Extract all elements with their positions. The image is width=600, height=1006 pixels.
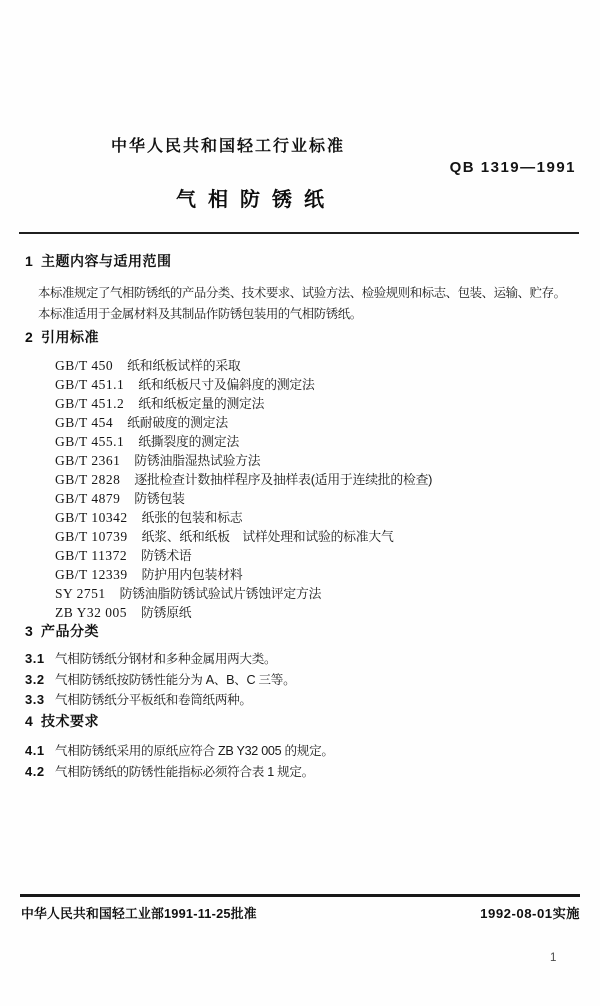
reference-title: 防锈油脂防锈试验试片锈蚀评定方法 [120, 586, 322, 601]
section-1-heading: 1主题内容与适用范围 [25, 254, 172, 269]
clause-text: 气相防锈纸的防锈性能指标必须符合表 1 规定。 [55, 765, 314, 779]
reference-code: GB/T 11372 [55, 548, 127, 563]
section-1-heading-text: 主题内容与适用范围 [41, 253, 172, 269]
standard-category-label: 中华人民共和国轻工行业标准 [111, 133, 345, 156]
reference-item: GB/T 454纸耐破度的测定法 [55, 413, 432, 432]
reference-title: 防锈原纸 [141, 605, 191, 620]
footer-implementation: 1992-08-01实施 [480, 903, 580, 922]
reference-item: GB/T 2361防锈油脂湿热试验方法 [55, 451, 432, 470]
reference-item: GB/T 451.2纸和纸板定量的测定法 [55, 394, 432, 413]
reference-code: GB/T 454 [55, 415, 113, 430]
reference-list: GB/T 450纸和纸板试样的采取 GB/T 451.1纸和纸板尺寸及偏斜度的测… [55, 356, 432, 622]
section-3-heading-text: 产品分类 [41, 623, 99, 639]
reference-item: GB/T 2828逐批检查计数抽样程序及抽样表(适用于连续批的检查) [55, 470, 432, 489]
reference-title: 防锈油脂湿热试验方法 [134, 453, 260, 468]
clause-row: 3.2气相防锈纸按防锈性能分为 A、B、C 三等。 [25, 670, 295, 691]
reference-code: GB/T 10739 [55, 529, 128, 544]
clause-number: 3.3 [25, 690, 55, 711]
paragraph: 本标准规定了气相防锈纸的产品分类、技术要求、试验方法、检验规则和标志、包装、运输… [38, 283, 566, 304]
section-1-number: 1 [25, 254, 41, 269]
reference-title: 逐批检查计数抽样程序及抽样表(适用于连续批的检查) [134, 472, 432, 487]
reference-code: SY 2751 [55, 586, 106, 601]
reference-item: GB/T 455.1纸撕裂度的测定法 [55, 432, 432, 451]
reference-title: 防锈包装 [134, 491, 184, 506]
clause-row: 3.3气相防锈纸分平板纸和卷筒纸两种。 [25, 690, 295, 711]
reference-item: GB/T 12339防护用内包装材料 [55, 565, 432, 584]
reference-code: GB/T 455.1 [55, 434, 124, 449]
reference-code: GB/T 451.1 [55, 377, 124, 392]
reference-title: 纸和纸板尺寸及偏斜度的测定法 [138, 377, 314, 392]
section-2-number: 2 [25, 330, 41, 345]
section-4-number: 4 [25, 714, 41, 729]
reference-title: 纸浆、纸和纸板 试样处理和试验的标准大气 [142, 529, 394, 544]
standard-number: QB 1319—1991 [450, 159, 576, 176]
document-page: 中华人民共和国轻工行业标准 QB 1319—1991 气相防锈纸 1主题内容与适… [0, 0, 600, 1006]
clause-text: 气相防锈纸采用的原纸应符合 ZB Y32 005 的规定。 [55, 744, 334, 758]
clause-number: 4.2 [25, 762, 55, 783]
section-2-heading: 2引用标准 [25, 330, 99, 345]
clause-text: 气相防锈纸分钢材和多种金属用两大类。 [55, 652, 276, 666]
section-4-heading-text: 技术要求 [41, 713, 99, 729]
clause-text: 气相防锈纸按防锈性能分为 A、B、C 三等。 [55, 673, 295, 687]
document-title: 气相防锈纸 [176, 183, 336, 212]
reference-item: GB/T 10739纸浆、纸和纸板 试样处理和试验的标准大气 [55, 527, 432, 546]
reference-item: ZB Y32 005防锈原纸 [55, 603, 432, 622]
reference-title: 纸撕裂度的测定法 [138, 434, 239, 449]
clause-row: 4.1气相防锈纸采用的原纸应符合 ZB Y32 005 的规定。 [25, 741, 334, 762]
paragraph: 本标准适用于金属材料及其制品作防锈包装用的气相防锈纸。 [38, 304, 566, 325]
reference-title: 防护用内包装材料 [142, 567, 243, 582]
section-4-clauses: 4.1气相防锈纸采用的原纸应符合 ZB Y32 005 的规定。 4.2气相防锈… [25, 741, 334, 782]
reference-code: ZB Y32 005 [55, 605, 127, 620]
reference-title: 纸和纸板定量的测定法 [138, 396, 264, 411]
reference-title: 防锈术语 [141, 548, 191, 563]
section-2-heading-text: 引用标准 [41, 329, 99, 345]
section-1-body: 本标准规定了气相防锈纸的产品分类、技术要求、试验方法、检验规则和标志、包装、运输… [38, 283, 566, 325]
header-rule [19, 232, 579, 234]
reference-title: 纸张的包装和标志 [142, 510, 243, 525]
reference-title: 纸和纸板试样的采取 [127, 358, 240, 373]
footer-rule [20, 894, 580, 897]
clause-number: 3.1 [25, 649, 55, 670]
clause-number: 4.1 [25, 741, 55, 762]
clause-number: 3.2 [25, 670, 55, 691]
reference-code: GB/T 2828 [55, 472, 120, 487]
reference-code: GB/T 451.2 [55, 396, 124, 411]
reference-code: GB/T 10342 [55, 510, 128, 525]
reference-item: GB/T 4879防锈包装 [55, 489, 432, 508]
reference-code: GB/T 450 [55, 358, 113, 373]
footer-approval: 中华人民共和国轻工业部1991-11-25批准 [21, 903, 257, 922]
clause-text: 气相防锈纸分平板纸和卷筒纸两种。 [55, 693, 252, 707]
reference-item: GB/T 10342纸张的包装和标志 [55, 508, 432, 527]
reference-item: GB/T 450纸和纸板试样的采取 [55, 356, 432, 375]
reference-code: GB/T 12339 [55, 567, 128, 582]
reference-item: SY 2751防锈油脂防锈试验试片锈蚀评定方法 [55, 584, 432, 603]
reference-code: GB/T 2361 [55, 453, 120, 468]
clause-row: 3.1气相防锈纸分钢材和多种金属用两大类。 [25, 649, 295, 670]
reference-item: GB/T 11372防锈术语 [55, 546, 432, 565]
reference-code: GB/T 4879 [55, 491, 120, 506]
reference-title: 纸耐破度的测定法 [127, 415, 228, 430]
section-4-heading: 4技术要求 [25, 714, 99, 729]
section-3-heading: 3产品分类 [25, 624, 99, 639]
clause-row: 4.2气相防锈纸的防锈性能指标必须符合表 1 规定。 [25, 762, 334, 783]
section-3-clauses: 3.1气相防锈纸分钢材和多种金属用两大类。 3.2气相防锈纸按防锈性能分为 A、… [25, 649, 295, 711]
page-number: 1 [550, 952, 556, 964]
section-3-number: 3 [25, 624, 41, 639]
reference-item: GB/T 451.1纸和纸板尺寸及偏斜度的测定法 [55, 375, 432, 394]
